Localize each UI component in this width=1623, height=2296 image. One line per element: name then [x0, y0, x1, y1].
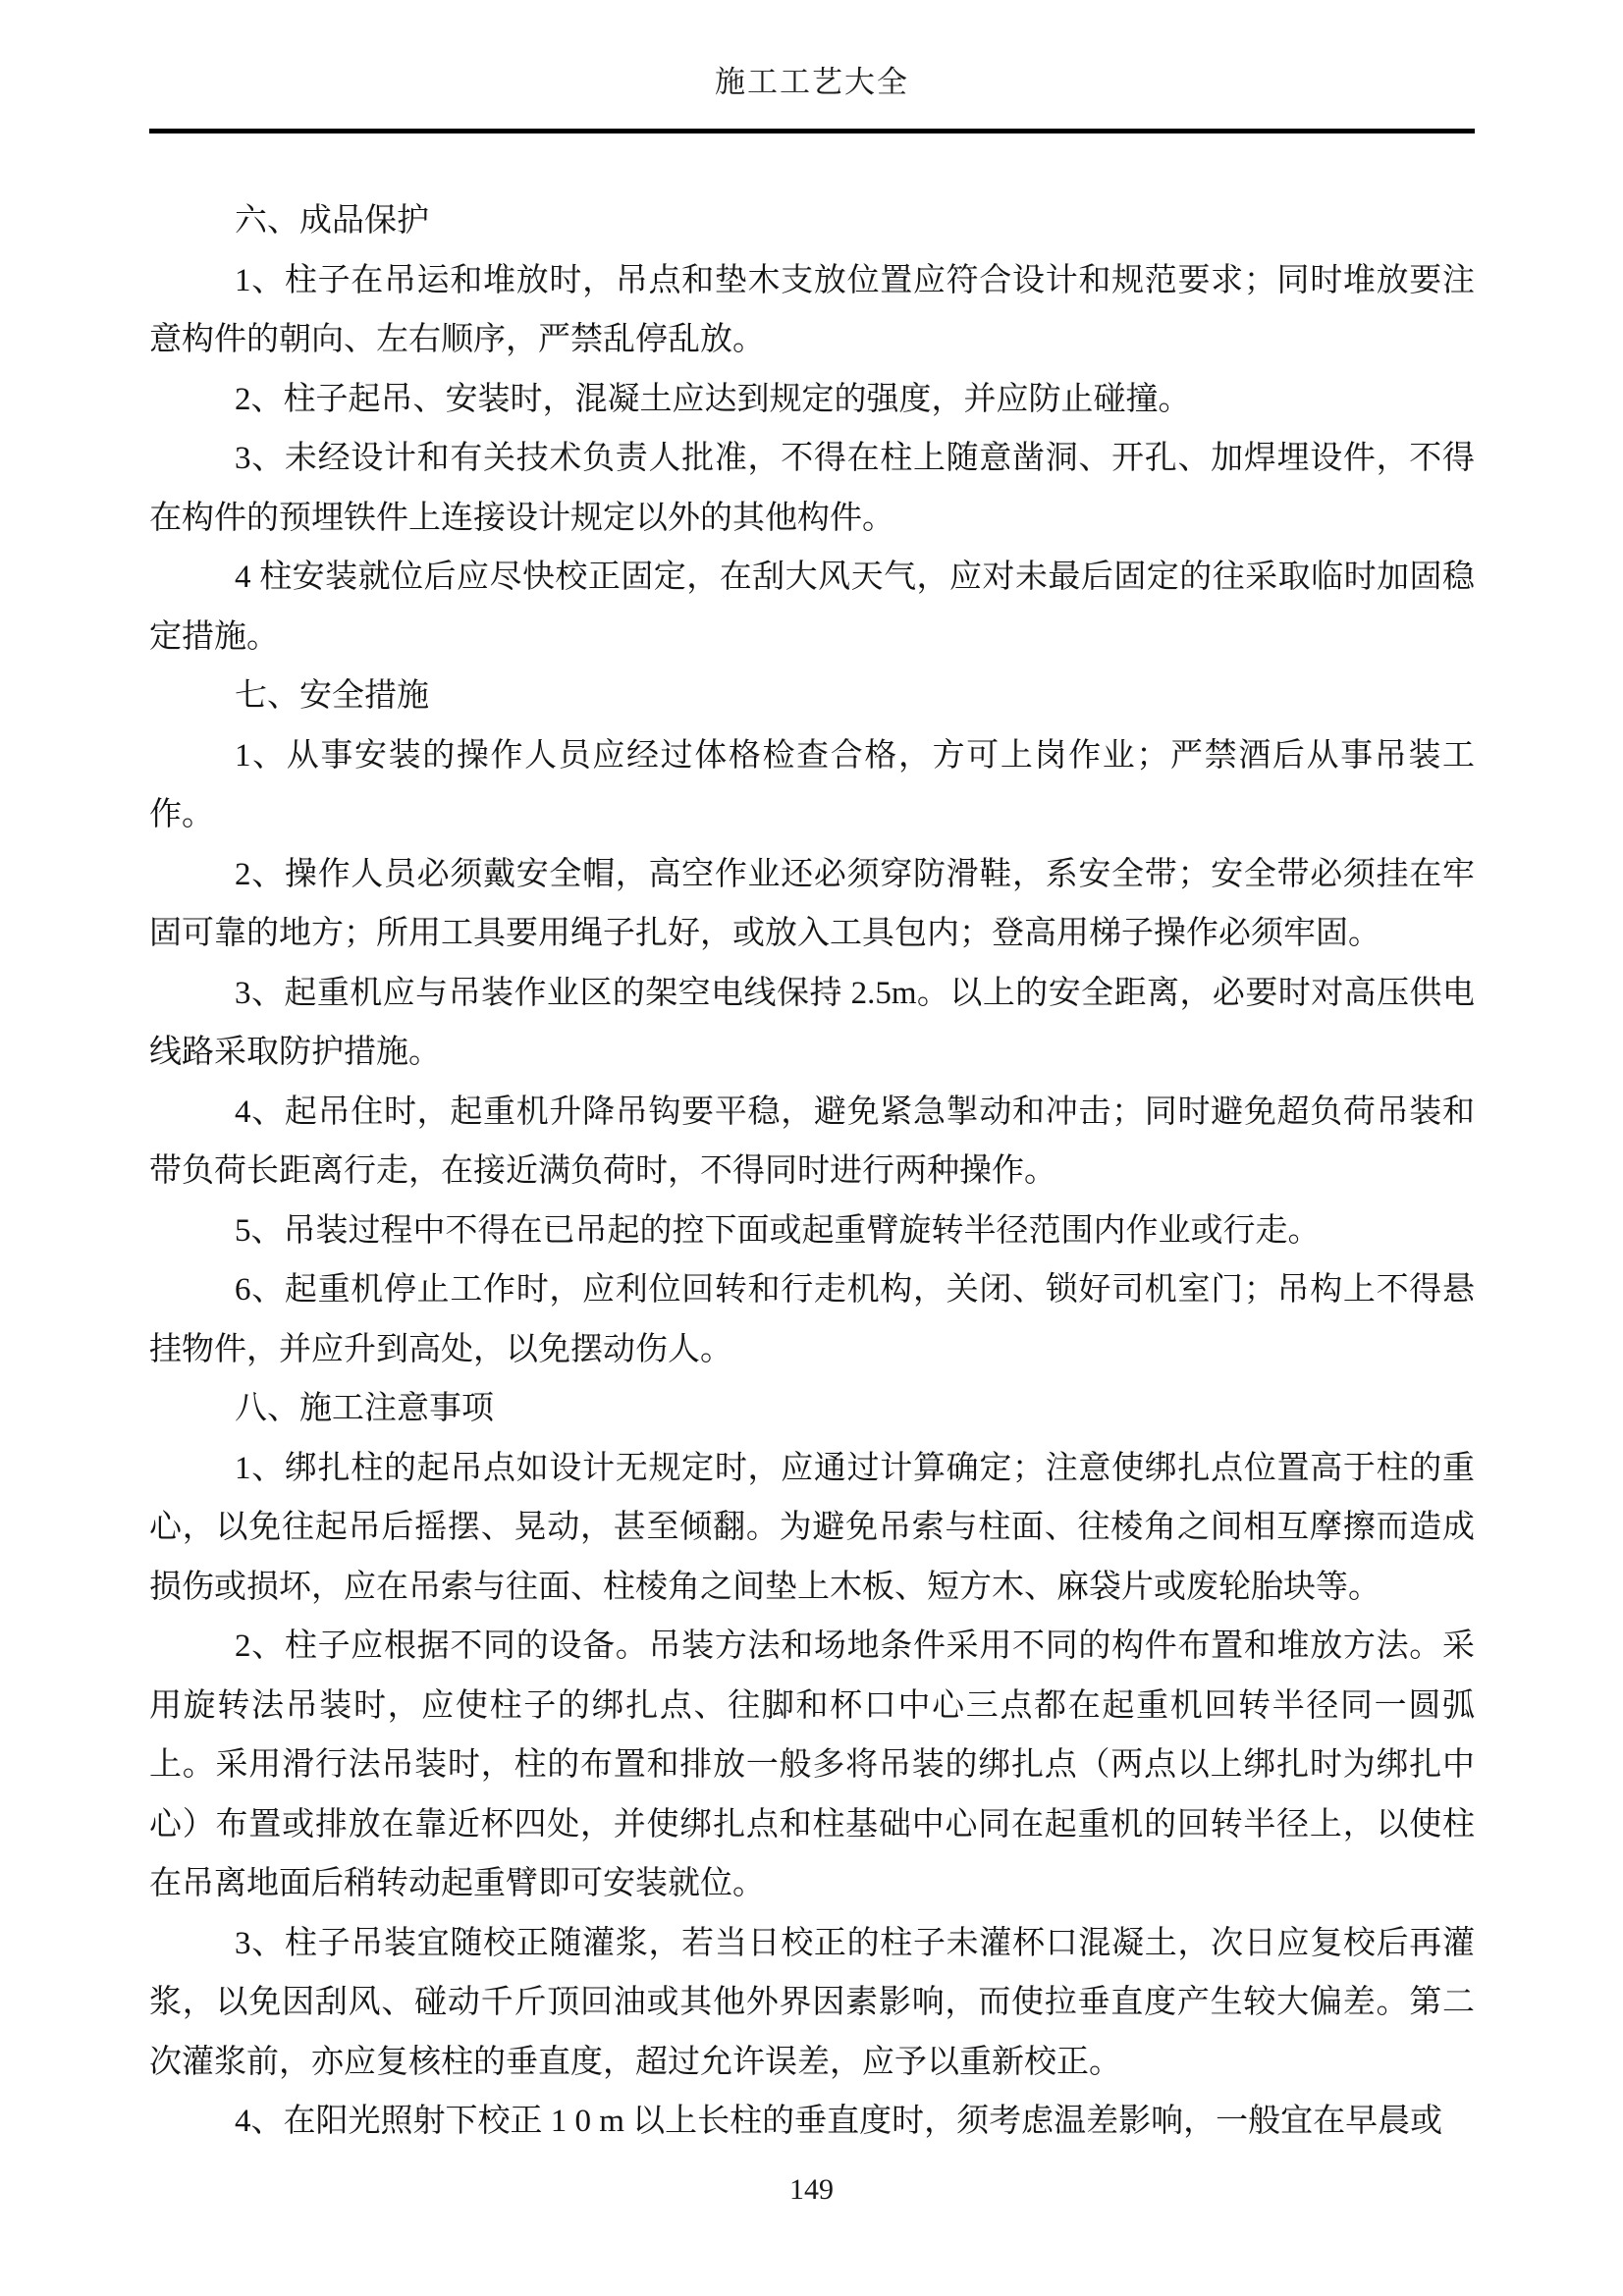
document-page: 施工工艺大全 六、成品保护 1、柱子在吊运和堆放时，吊点和垫木支放位置应符合设计… — [0, 0, 1623, 2296]
paragraph: 2、柱子应根据不同的设备。吊装方法和场地条件采用不同的构件布置和堆放方法。采用旋… — [149, 1617, 1475, 1914]
paragraph: 5、吊装过程中不得在已吊起的控下面或起重臂旋转半径范围内作业或行走。 — [149, 1201, 1475, 1261]
page-number: 149 — [0, 2173, 1623, 2207]
header-divider — [149, 129, 1475, 133]
section-heading: 八、施工注意事项 — [149, 1379, 1475, 1439]
paragraph: 6、起重机停止工作时，应利位回转和行走机构，关闭、锁好司机室门；吊构上不得悬挂物… — [149, 1260, 1475, 1379]
paragraph: 1、绑扎柱的起吊点如设计无规定时，应通过计算确定；注意使绑扎点位置高于柱的重心，… — [149, 1439, 1475, 1618]
paragraph: 1、柱子在吊运和堆放时，吊点和垫木支放位置应符合设计和规范要求；同时堆放要注意构… — [149, 251, 1475, 370]
paragraph: 4、在阳光照射下校正 1 0 m 以上长柱的垂直度时，须考虑温差影响，一般宜在早… — [149, 2092, 1475, 2152]
paragraph: 1、从事安装的操作人员应经过体格检查合格，方可上岗作业；严禁酒后从事吊装工作。 — [149, 726, 1475, 845]
paragraph: 3、未经设计和有关技术负责人批准，不得在柱上随意凿洞、开孔、加焊埋设件，不得在构… — [149, 429, 1475, 548]
section-heading: 六、成品保护 — [149, 191, 1475, 251]
paragraph: 2、柱子起吊、安装时，混凝土应达到规定的强度，并应防止碰撞。 — [149, 370, 1475, 430]
paragraph: 4、起吊住时，起重机升降吊钩要平稳，避免紧急掣动和冲击；同时避免超负荷吊装和带负… — [149, 1083, 1475, 1201]
paragraph: 3、起重机应与吊装作业区的架空电线保持 2.5m。以上的安全距离，必要时对高压供… — [149, 964, 1475, 1083]
page-header-title: 施工工艺大全 — [149, 57, 1475, 101]
paragraph: 3、柱子吊装宜随校正随灌浆，若当日校正的柱子未灌杯口混凝土，次日应复校后再灌浆，… — [149, 1914, 1475, 2093]
document-body: 六、成品保护 1、柱子在吊运和堆放时，吊点和垫木支放位置应符合设计和规范要求；同… — [149, 191, 1475, 2152]
paragraph: 4 柱安装就位后应尽快校正固定，在刮大风天气，应对未最后固定的往采取临时加固稳定… — [149, 548, 1475, 667]
paragraph: 2、操作人员必须戴安全帽，高空作业还必须穿防滑鞋，系安全带；安全带必须挂在牢固可… — [149, 845, 1475, 964]
section-heading: 七、安全措施 — [149, 667, 1475, 726]
